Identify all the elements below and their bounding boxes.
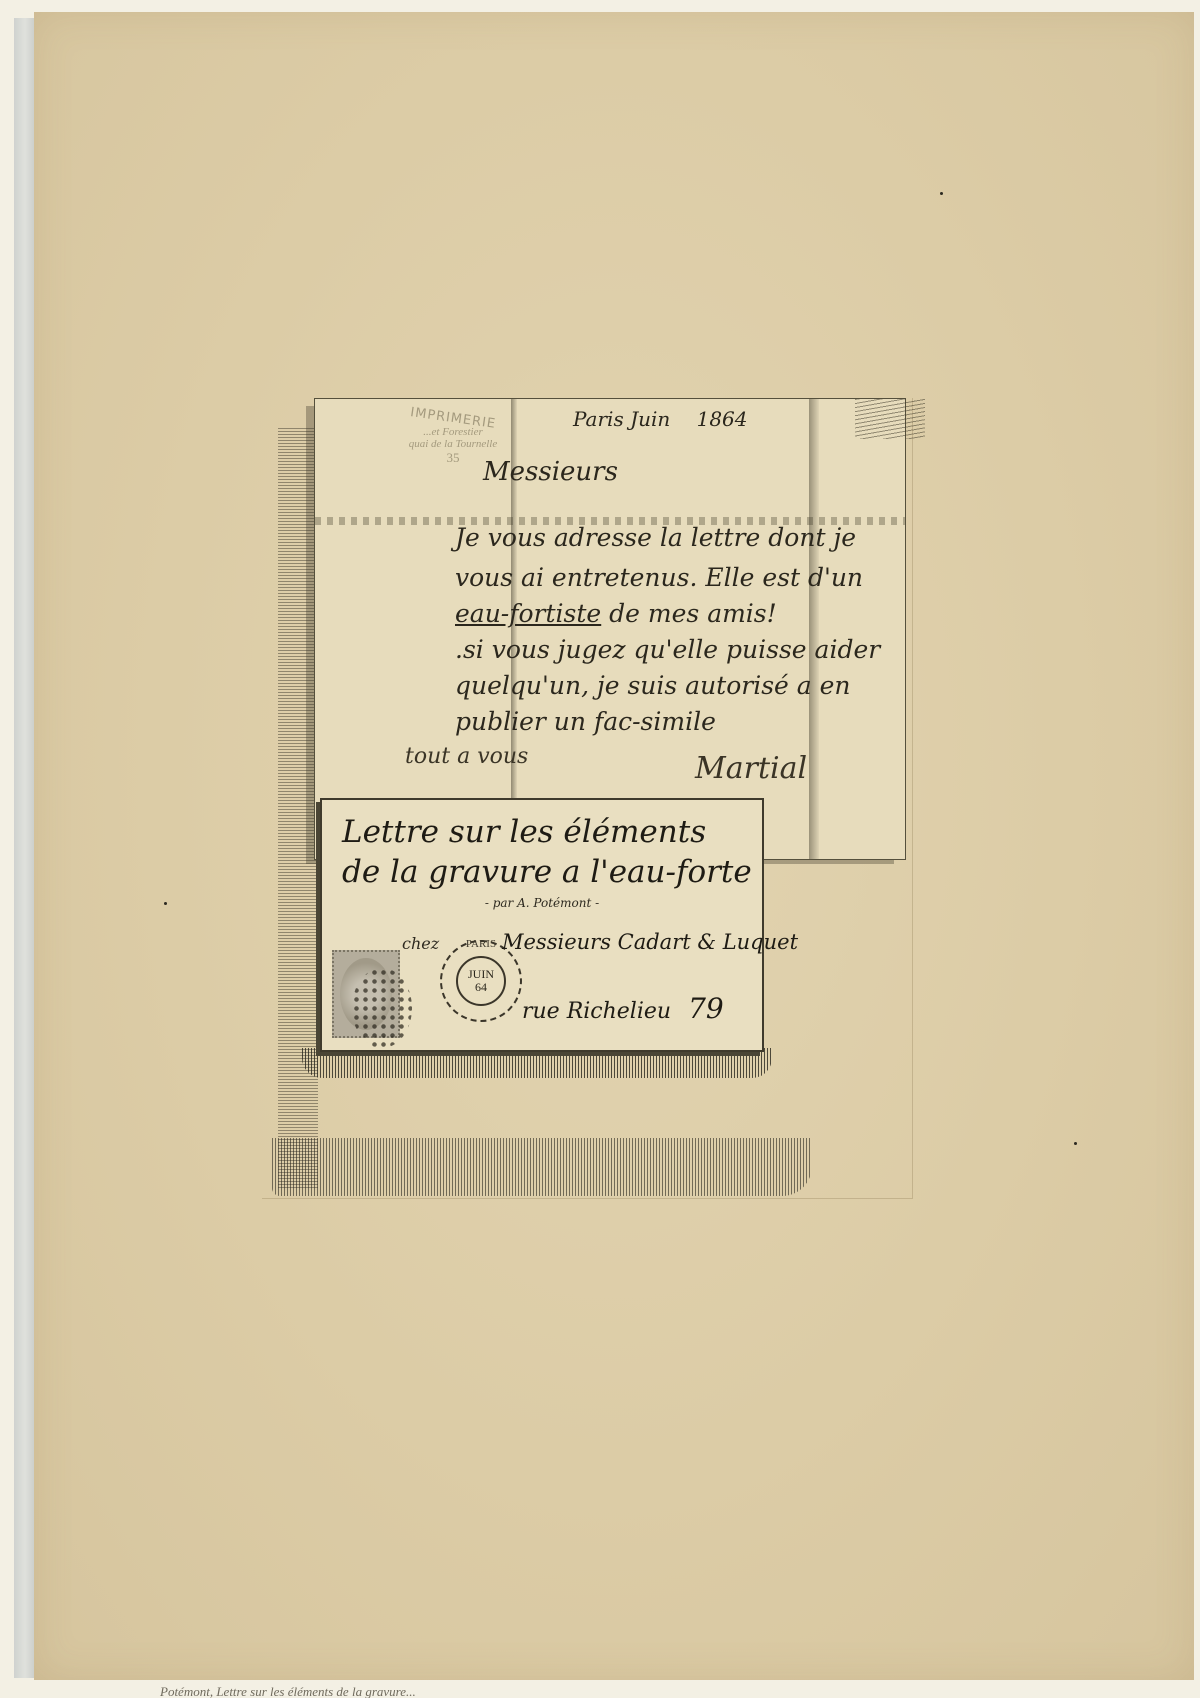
postmark-year: 64 bbox=[475, 981, 487, 994]
letter-closing: tout a vous bbox=[405, 744, 528, 769]
stamp-line: quai de la Tournelle bbox=[383, 438, 523, 450]
envelope-title: Lettre sur les éléments de la gravure a … bbox=[342, 812, 752, 892]
letter-body-text: de mes amis! bbox=[609, 599, 777, 628]
stamp-line: ...et Forestier bbox=[383, 426, 523, 438]
envelope-author: - par A. Potémont - bbox=[322, 896, 762, 910]
envelope: Lettre sur les éléments de la gravure a … bbox=[320, 798, 764, 1052]
letter-body-line: .si vous jugez qu'elle puisse aider bbox=[455, 635, 880, 664]
date-place: Paris bbox=[573, 407, 624, 431]
paper-speck bbox=[1074, 1142, 1077, 1145]
paper-speck bbox=[940, 192, 943, 195]
envelope-chez: chez bbox=[402, 934, 439, 953]
letter-fold-vertical bbox=[809, 399, 819, 859]
letter-date: Paris Juin 1864 bbox=[573, 407, 748, 431]
mount-strip bbox=[14, 18, 36, 1678]
date-month: Juin bbox=[630, 407, 670, 431]
cancellation-dots-icon bbox=[352, 968, 412, 1048]
envelope-addressee: Messieurs Cadart & Luquet bbox=[502, 930, 798, 954]
letter-signature: Martial bbox=[695, 751, 807, 786]
folded-letter: IMPRIMERIE ...et Forestier quai de la To… bbox=[314, 398, 906, 860]
street-number: 79 bbox=[688, 992, 724, 1025]
letter-corner-curl bbox=[855, 399, 925, 439]
envelope-street: rue Richelieu 79 bbox=[522, 992, 724, 1025]
envelope-shadow-hatching bbox=[302, 1048, 772, 1078]
etched-image: IMPRIMERIE ...et Forestier quai de la To… bbox=[262, 398, 912, 1198]
letter-body-line: vous ai entretenus. Elle est d'un bbox=[455, 563, 863, 592]
date-year: 1864 bbox=[697, 407, 748, 431]
envelope-title-line: Lettre sur les éléments bbox=[342, 812, 752, 852]
underlined-word: eau-fortiste bbox=[455, 599, 601, 628]
shadow-hatching-bottom bbox=[272, 1138, 812, 1196]
paper-speck bbox=[164, 902, 167, 905]
envelope-title-line: de la gravure a l'eau-forte bbox=[342, 852, 752, 892]
letter-body-line: publier un fac-simile bbox=[455, 707, 716, 736]
street-name: rue Richelieu bbox=[522, 999, 671, 1024]
letter-body-line: Je vous adresse la lettre dont je bbox=[455, 523, 856, 552]
letter-body-line: quelqu'un, je suis autorisé a en bbox=[455, 671, 851, 700]
letter-body-line: eau-fortiste de mes amis! bbox=[455, 599, 777, 628]
letter-salutation: Messieurs bbox=[483, 457, 618, 487]
margin-pencil-note: Potémont, Lettre sur les éléments de la … bbox=[160, 1684, 416, 1698]
